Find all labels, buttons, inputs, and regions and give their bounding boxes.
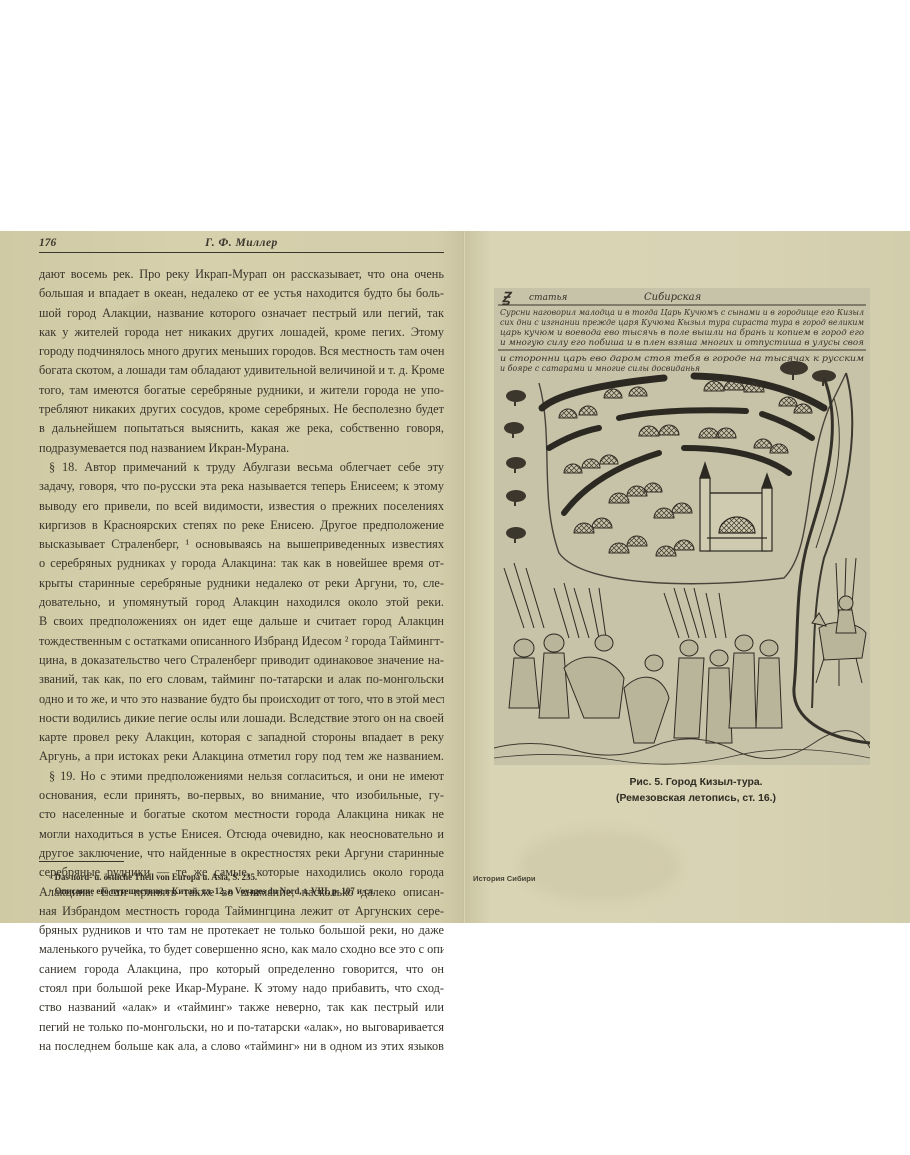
text-line: санием города Алакцина, про который опре…: [39, 960, 444, 979]
footnote-1: ¹Das nord- u. östliche Theil von Europa …: [49, 871, 412, 885]
text-line: как у жителей города нет никаких других …: [39, 323, 444, 342]
text-line: выводу его привели, по всей видимости, и…: [39, 497, 444, 516]
text-line: ности водились дикие пегие ослы или лоша…: [39, 709, 444, 728]
text-line: богата скотом, а лошади там обладают уди…: [39, 361, 444, 380]
text-line: о серебряных рудниках у города Алакцина:…: [39, 554, 444, 573]
footnote-text: Описание его путешествия в Китай, гл. 12…: [55, 886, 376, 897]
book-gutter: [463, 231, 465, 923]
svg-text:и бояре с сатарами и многие си: и бояре с сатарами и многие силы досвида…: [500, 364, 700, 373]
text-line: пегий не только по-монгольски, но и по-т…: [39, 1018, 444, 1037]
footnote-2: ²Описание его путешествия в Китай, гл. 1…: [49, 885, 412, 899]
text-line: в дальнейшем попытаться выяснить, какая …: [39, 419, 444, 438]
text-line: бряных рудников и что там не протекает н…: [39, 921, 444, 940]
footnote-mark: ²: [49, 888, 51, 896]
header-rule: [39, 252, 444, 253]
text-line: крыты старинные серебряные рудники недал…: [39, 574, 444, 593]
page-footer-signature: История Сибири: [473, 874, 536, 883]
text-line: высказывает Страленберг, ¹ основываясь н…: [39, 535, 444, 554]
book-spread: 176 Г. Ф. Миллер дают восемь рек. Про ре…: [0, 231, 910, 923]
running-head: 176 Г. Ф. Миллер: [39, 237, 444, 253]
right-page: Ꙃ статья Сибирская Сурсни наговорил мало…: [466, 231, 910, 923]
text-line: киргизов в Красноярских степях по реке Е…: [39, 516, 444, 535]
text-line: Аргунь, а при истоках реки Алакцина отме…: [39, 747, 444, 766]
text-line: городу подчинялось много других меньших …: [39, 342, 444, 361]
svg-text:Сибирская: Сибирская: [644, 292, 701, 303]
text-line: § 18. Автор примечаний к труду Абулгази …: [39, 458, 444, 477]
text-line: большая и впадает в океан, недалеко от е…: [39, 284, 444, 303]
chronicle-illustration: Ꙃ статья Сибирская Сурсни наговорил мало…: [494, 288, 870, 765]
text-line: ная Избрандом местность города Таймингци…: [39, 902, 444, 921]
footnote-rule: [39, 861, 124, 862]
text-line: одно и то же, и что это название будто б…: [39, 690, 444, 709]
text-line: сто населенные и богатые скотом местност…: [39, 805, 444, 824]
text-line: карте провел реку Алакцин, которая с зап…: [39, 728, 444, 747]
text-line: могли находиться в устье Енисея. Отсюда …: [39, 825, 444, 844]
text-line: цина, в доказательство чего Страленберг …: [39, 651, 444, 670]
text-line: званий, так как, по его словам, тайминг …: [39, 670, 444, 689]
svg-text:статья: статья: [529, 293, 567, 303]
text-line: на последнем больше как ала, а слово «та…: [39, 1037, 444, 1056]
svg-text:Сурсни наговорил малодца и в т: Сурсни наговорил малодца и в тогда Царь …: [500, 308, 864, 317]
text-line: § 19. Но с этими предположениями нельзя …: [39, 767, 444, 786]
text-line: шой город Алакции, название которого озн…: [39, 304, 444, 323]
footnote-mark: ¹: [49, 874, 51, 882]
svg-text:и сторонни царь ево даром стоя: и сторонни царь ево даром стоя тебя в го…: [500, 354, 864, 363]
text-line: довательно, и упомянутый город Алакцин н…: [39, 593, 444, 612]
footnotes: ¹Das nord- u. östliche Theil von Europa …: [49, 871, 444, 899]
left-page: 176 Г. Ф. Миллер дают восемь рек. Про ре…: [39, 231, 444, 923]
text-line: ство названий «алак» и «тайминг» также н…: [39, 998, 444, 1017]
svg-text:сих дни с изгнании прежде царя: сих дни с изгнании прежде царя Кучюма Кы…: [500, 318, 864, 327]
text-line: тождественным с остатками описанного Изб…: [39, 632, 444, 651]
body-text: дают восемь рек. Про реку Икрап-Мурап он…: [39, 265, 444, 1056]
caption-line-1: Рис. 5. Город Кизыл-тура.: [546, 775, 846, 791]
text-line: стоял при большой реке Икар-Муране. К эт…: [39, 979, 444, 998]
footnote-text: Das nord- u. östliche Theil von Europa u…: [55, 872, 257, 883]
figure-caption: Рис. 5. Город Кизыл-тура. (Ремезовская л…: [546, 775, 846, 807]
text-line: дают восемь рек. Про реку Икрап-Мурап он…: [39, 265, 444, 284]
text-line: маленького ручейка, то будет совершенно …: [39, 940, 444, 959]
illustration-drawing: Ꙃ статья Сибирская Сурсни наговорил мало…: [494, 288, 870, 765]
text-line: задачу, говоря, что по-русски эта река н…: [39, 477, 444, 496]
svg-text:царь кучюм и воевода ево тысяч: царь кучюм и воевода ево тысячь в поле в…: [500, 328, 864, 337]
text-line: основания, если принять, во-первых, во в…: [39, 786, 444, 805]
svg-text:и многую силу его побиша и в п: и многую силу его побиша и в плен взяша …: [500, 338, 864, 347]
running-title: Г. Ф. Миллер: [39, 237, 444, 249]
text-line: подразумевается под названием Икран-Мура…: [39, 439, 444, 458]
text-line: требляют никаких других сосудов, кроме с…: [39, 400, 444, 419]
text-line: В своих предположениях он идет еще дальш…: [39, 612, 444, 631]
caption-line-2: (Ремезовская летопись, ст. 16.): [546, 791, 846, 807]
text-line: того, там имеются богатые серебряные руд…: [39, 381, 444, 400]
